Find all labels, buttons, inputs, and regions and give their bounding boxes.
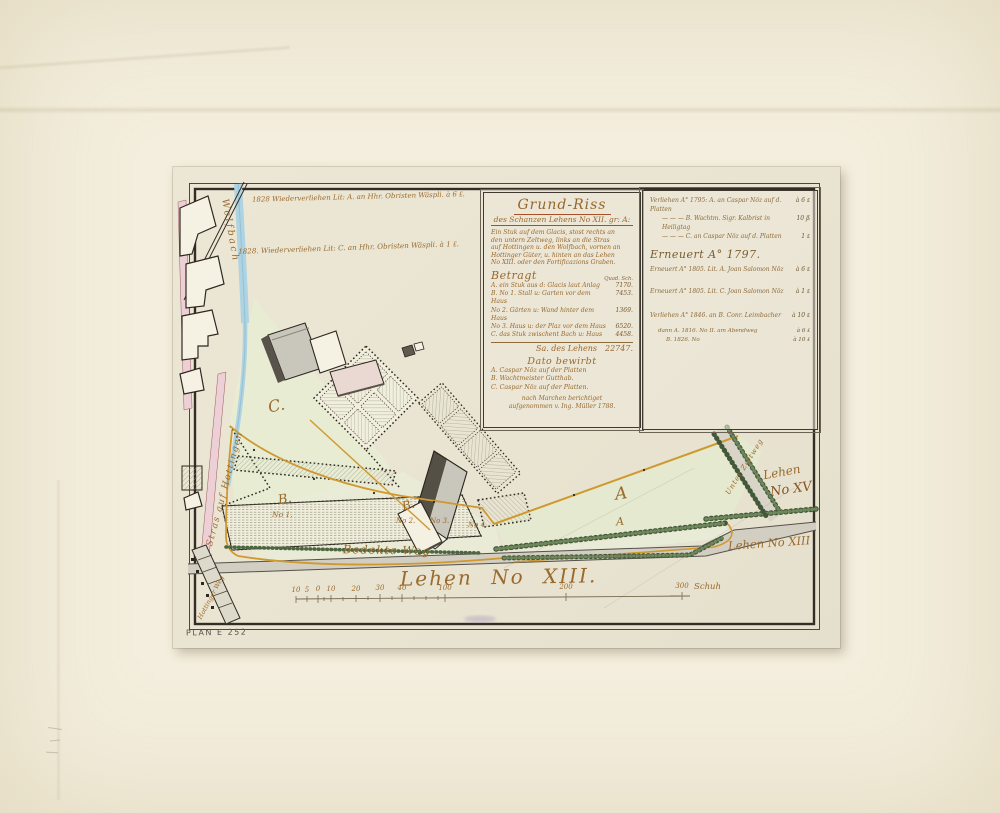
description-line: den untern Zeltweg, links an die Stras: [491, 237, 633, 245]
betragt-row: Betragt Quad. Sch.: [491, 269, 633, 282]
betragt-total: Sa. des Lehens22747.: [491, 342, 633, 353]
small-dark-shed: [402, 345, 415, 357]
betragt-item: No 2. Gärten u: Wand hinter dem Haus1369…: [491, 307, 633, 323]
betragt-item: No 3. Haus u: der Plaz vor dem Haus6520.: [491, 323, 633, 331]
description-line: Ein Stuk auf dem Glacis, stost rechts an: [491, 229, 633, 237]
scale-tick-label: 20: [351, 585, 361, 593]
label-no3: No 3.: [430, 517, 449, 525]
ledger-entry: Verliehen A° 1795: A. an Caspar Nöz auf …: [650, 196, 810, 214]
map-title: Grund-Riss: [491, 197, 633, 213]
label-no2: No 2.: [396, 517, 415, 525]
paper-crease-horizontal: [0, 106, 1000, 114]
description-line: auf Hottingen u. den Wolfbach, vornen an: [491, 244, 633, 252]
scale-tick-label: 5: [305, 586, 310, 594]
scale-tick-label: 10: [327, 585, 336, 593]
ledger-entry: B. 1826. Noà 10 ₤: [650, 336, 810, 344]
scale-tick-label: 30: [376, 584, 385, 592]
label-parcel-a: A: [614, 483, 629, 505]
survey-note: aufgenommen v. Ing. Müller 1788.: [491, 403, 633, 411]
betragt-item: B. No 1. Stall u: Garten vor dem Haus745…: [491, 290, 633, 306]
map-subtitle: des Schanzen Lehens No XII. gr: A:: [491, 215, 633, 226]
pencil-mark: [46, 752, 58, 754]
dato-item: A. Caspar Nöz auf der Platten: [491, 367, 633, 376]
betragt-heading: Betragt: [491, 269, 537, 282]
label-lehen-xiii-main: Lehen No XIII.: [400, 563, 598, 590]
scale-tick-label: 10: [292, 586, 301, 594]
paper-crease-diagonal: [0, 45, 290, 72]
ledger-entry: — — — C. an Caspar Nöz auf d. Platten1 ₤: [650, 232, 810, 241]
dato-heading: Dato bewirbt: [491, 356, 633, 367]
ledger-entry: Verliehen A° 1846. an B. Conr. Leimbache…: [650, 311, 810, 320]
label-bedekte-weg: Bedekte Weg: [343, 542, 431, 558]
survey-note: nach Marchen berichtiget: [491, 395, 633, 403]
ledger-entry: Erneuert A° 1805. Lit. C. Joan Salomon N…: [650, 287, 810, 296]
scale-tick-label: 0: [316, 585, 321, 593]
betragt-item: C. das Stuk zwischent Bach u: Haus4458.: [491, 331, 633, 339]
label-no1: No 1.: [272, 510, 293, 519]
scale-tick-label: 300: [675, 582, 689, 590]
betragt-item: A. ein Stuk aus d: Glacis laut Anlag7170…: [491, 282, 633, 290]
label-parcel-a-lower: A: [615, 515, 624, 529]
scanned-map-page: 10 5 0 10 20 30 40 100 200 300 Schuh Gru…: [0, 0, 1000, 813]
small-white-shed: [414, 342, 424, 351]
ledger-entry: — — — B. Wachtm. Sigr. Kalbrist in Heili…: [650, 214, 810, 232]
label-no4: No 4.: [468, 521, 487, 529]
hatched-building: [182, 466, 202, 490]
label-parcel-c: C.: [266, 394, 286, 416]
ink-smudge: [464, 616, 496, 623]
description-line: Hottinger Güter, u. hinten an das Lehen: [491, 252, 633, 260]
pencil-mark: [48, 727, 62, 730]
scale-unit-label: Schuh: [694, 582, 721, 592]
ledger-entry: Erneuert A° 1805. Lit. A. Joan Salomon N…: [650, 265, 810, 274]
archive-plan-id: PLAN E 252: [186, 627, 247, 637]
dato-item: B. Wachtmeister Gutthab.: [491, 375, 633, 384]
ledger-block: Verliehen A° 1795: A. an Caspar Nöz auf …: [642, 190, 818, 430]
dato-item: C. Caspar Nöz auf der Platten.: [491, 384, 633, 393]
pencil-mark: [50, 739, 60, 741]
title-block: Grund-Riss des Schanzen Lehens No XII. g…: [483, 192, 641, 428]
ledger-entry-renewal: Erneuert A° 1797.: [650, 248, 810, 261]
description-line: No XIII. oder den Fortificazions Graben.: [491, 259, 633, 267]
ledger-entry: dann A. 1816. No II. am Abendwegà 6 ₤: [650, 327, 810, 335]
label-parcel-b: B.: [277, 491, 293, 508]
